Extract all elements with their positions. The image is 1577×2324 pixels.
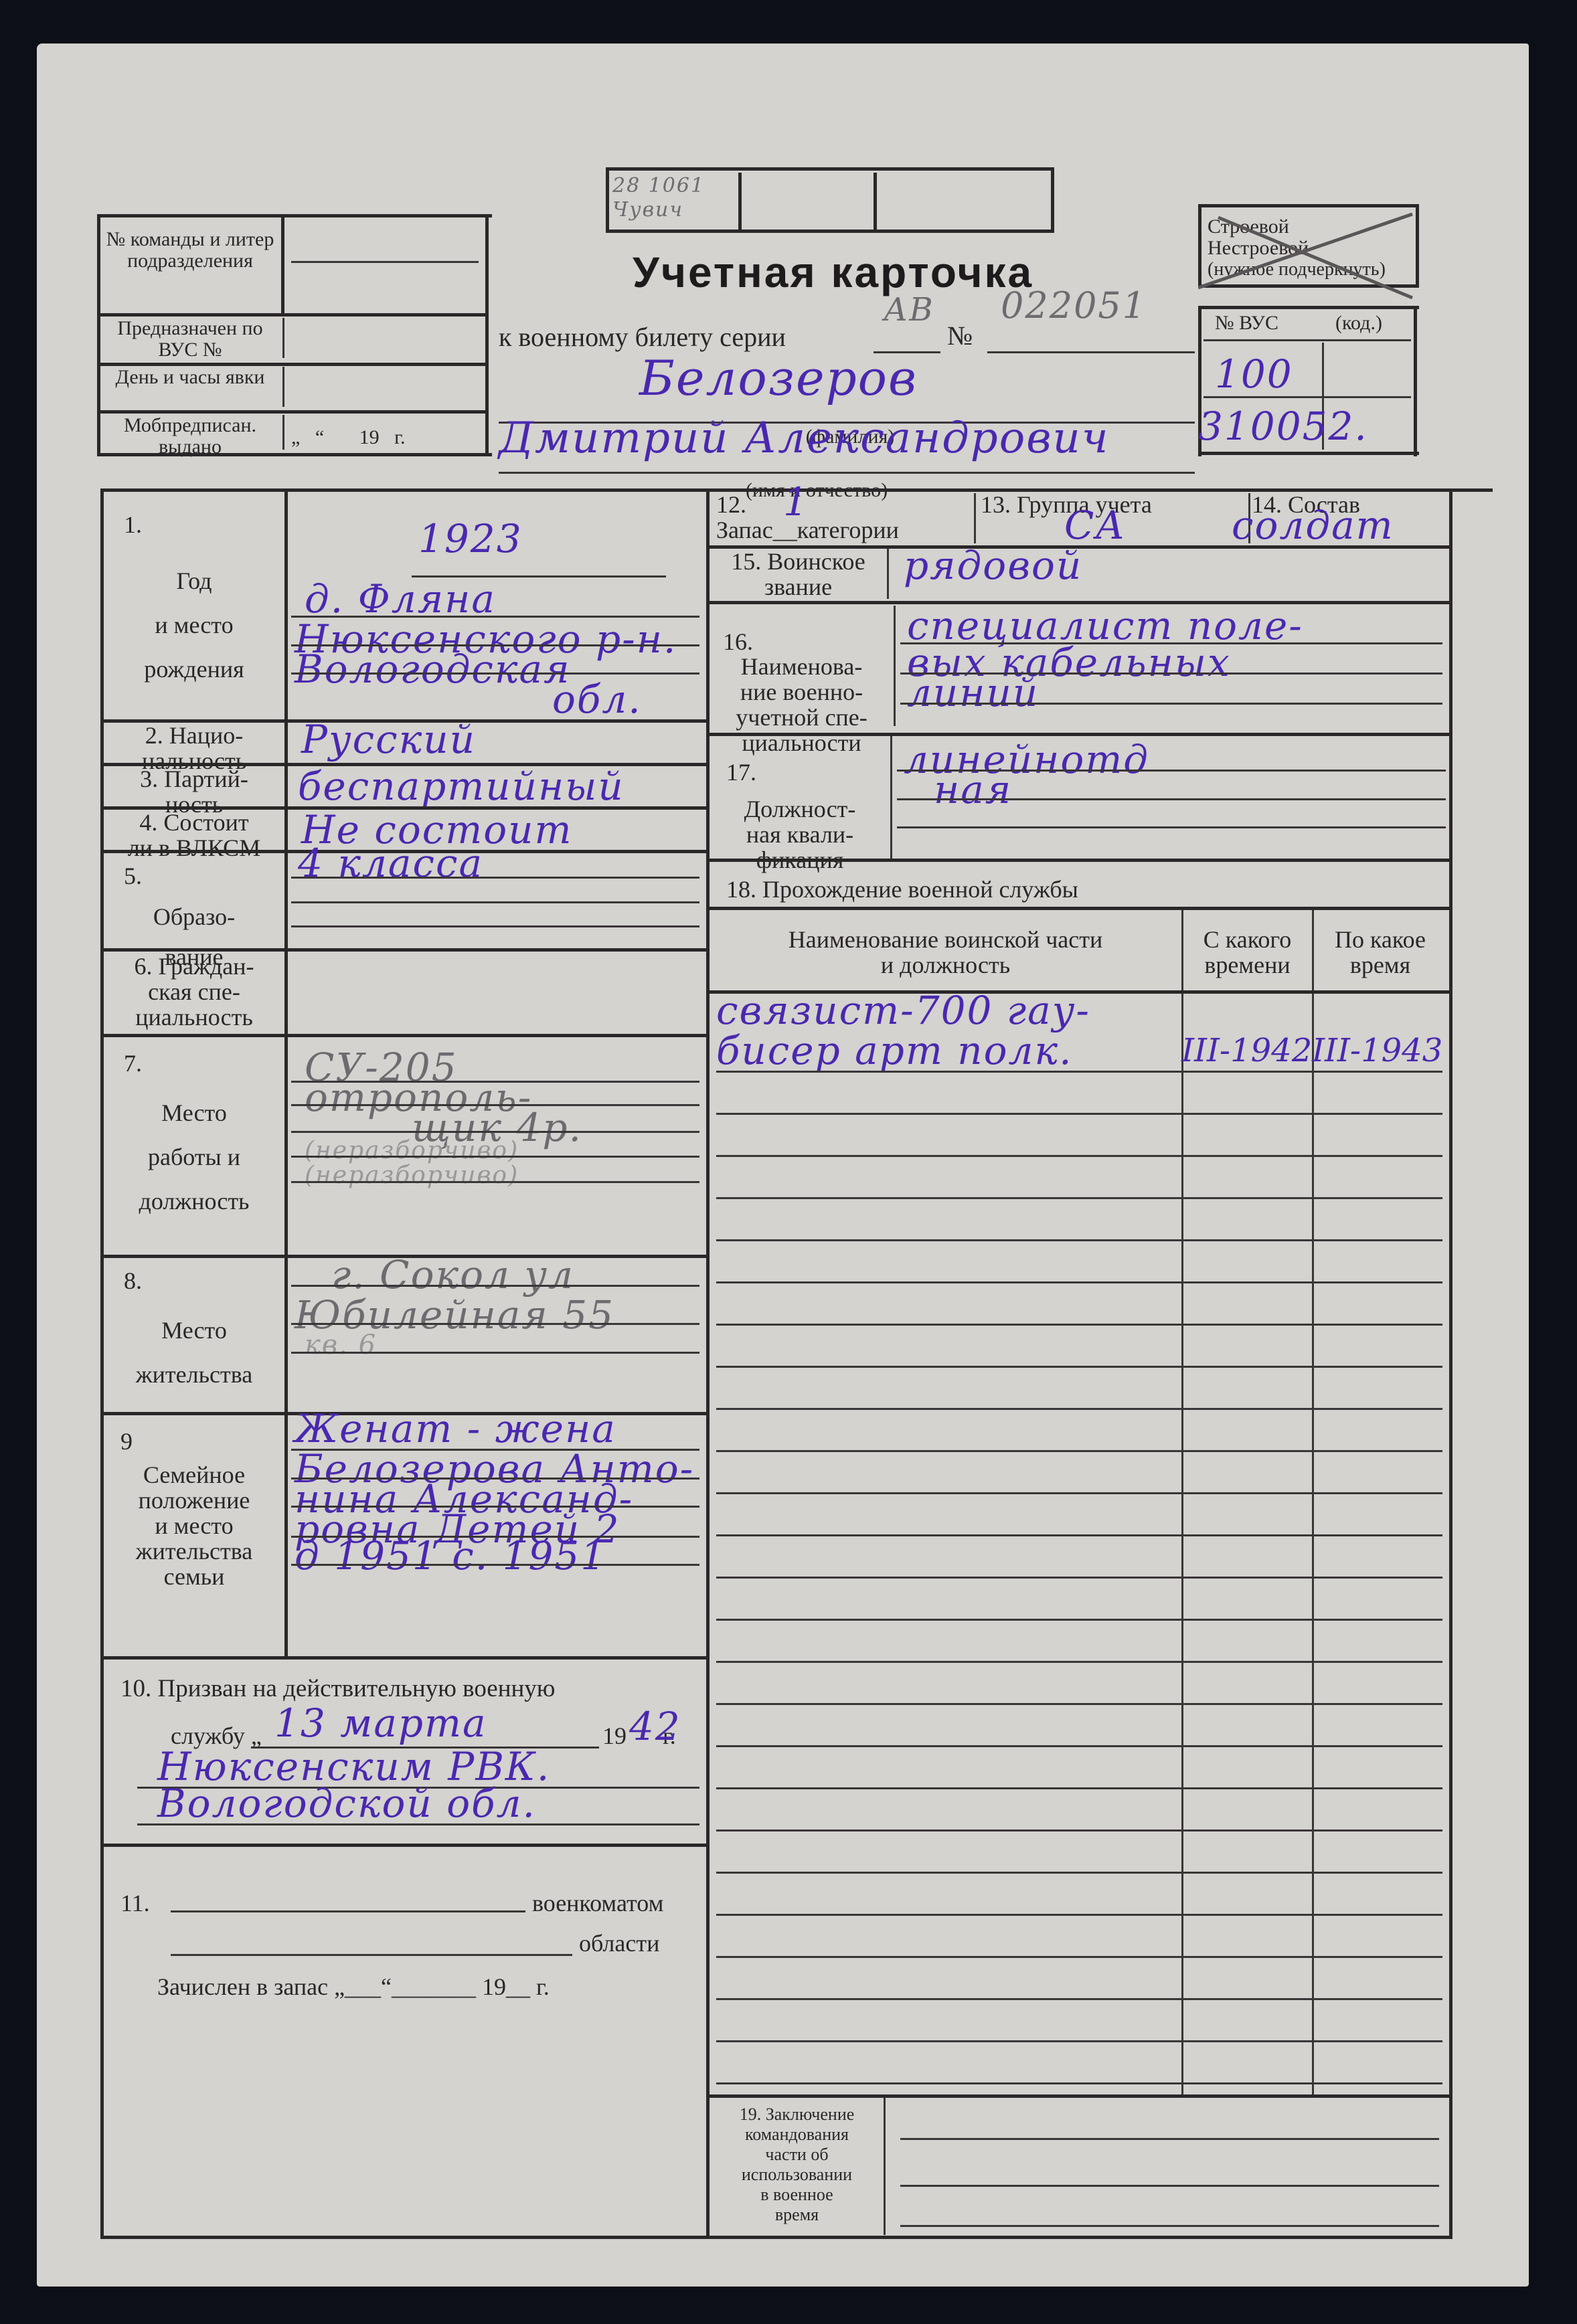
number-sign: № [947,323,973,349]
voenkomat-label: военкоматом [532,1890,663,1916]
birth-region-value: Вологодская [295,649,570,689]
strike-cross-icon [1198,204,1419,301]
name-value: Дмитрий Александрович [499,418,1110,458]
vus-value: 100 [1215,354,1293,394]
top-left-box: № команды и литер подразделения Предназн… [97,214,492,456]
command-number-label: № команды и литер подразделения [102,229,278,272]
ticket-series-label: к военному билету серии [499,325,786,350]
mob-order-label: Мобпредписан. выдано [102,415,278,458]
field-7-number: 7. [124,1051,142,1076]
series-value: АВ [884,290,934,330]
birth-oblast-value: обл. [552,679,642,719]
field-10-year-prefix: 19 [602,1723,627,1749]
service-col-unit-header: Наименование воинской части и должность [710,927,1181,978]
field-7-label: Место работы и должность [104,1091,284,1223]
residence-value-3: кв. 6 [305,1325,377,1365]
code-label: (код.) [1335,312,1382,334]
birth-year-value: 1923 [418,519,523,559]
reserve-enlisted-label: Зачислен в запас „___“_______ 19__ г. [157,1974,550,1999]
service-table-lines [716,1031,1442,2094]
service-col-to-header: По какое время [1313,927,1447,978]
field-16-number: 16. [723,629,753,654]
field-1-number: 1. [124,512,142,537]
page-title: Учетная карточка [633,248,1033,297]
ticket-number-value: 022051 [1001,286,1147,326]
stamp-mark: 28 1061 Чувич [612,174,733,222]
code-value: 310052. [1198,406,1368,446]
vus-label: № ВУС [1215,312,1278,334]
service-unit-value-1: связист-700 гау- [716,990,1090,1031]
field-11-number: 11. [120,1890,150,1916]
service-col-from-header: С какого времени [1183,927,1312,978]
field-5-number: 5. [124,863,142,889]
field-8-label: Место жительства [104,1308,284,1397]
conscription-date-value: 13 марта [274,1703,487,1743]
stamp-box: 28 1061 Чувич [606,167,1054,234]
service-heading: 18. Прохождение военной службы [726,877,1078,902]
work-value-5: (неразборчиво) [305,1156,519,1196]
field-6-label: 6. Граждан- ская спе- циальность [104,954,284,1030]
field-15-label: 15. Воинское звание [710,549,887,600]
conscription-year-value: 42 [629,1706,681,1747]
surname-value: Белозеров [639,358,918,398]
field-10-label: 10. Призван на действительную военную [120,1676,555,1702]
field-19-label: 19. Заключение командования части об исп… [712,2105,882,2225]
mob-order-date: „ “ 19 г. [291,427,485,448]
vus-box: № ВУС (код.) 100 310052. [1198,306,1419,456]
rank-value: рядовой [904,545,1082,586]
field-12-number: 12. [716,492,746,517]
field-9-number: 9 [120,1429,133,1454]
field-17-number: 17. [726,759,756,785]
line-type-box: Строевой Нестроевой (нужное подчеркнуть) [1198,204,1419,290]
specialty-value-3: линий [907,673,1039,713]
composition-value: солдат [1232,505,1394,545]
appearance-time-label: День и часы явки [102,367,278,388]
field-1-label: Год и место рождения [104,559,284,691]
account-group-value: СА [1064,505,1126,545]
field-8-number: 8. [124,1268,142,1293]
intended-vus-label: Предназначен по ВУС № [102,318,278,361]
reserve-category-value: 1 [783,482,809,522]
family-value-1: Женат - жена [295,1409,616,1449]
birth-village-value: д. Фляна [305,579,496,619]
qualification-value-2: ная [934,770,1012,810]
family-value-5: д 1951 с. 1951 [295,1536,606,1576]
nationality-value: Русский [301,719,476,759]
residence-value-1: г. Сокол ул [331,1255,574,1295]
conscription-region-value: Вологодской обл. [157,1783,536,1823]
oblast-label: области [579,1931,659,1956]
registration-card: 28 1061 Чувич № команды и литер подразде… [37,43,1529,2287]
field-16-label: Наименова- ние военно- учетной спе- циал… [710,654,894,755]
party-value: беспартийный [298,766,625,806]
field-9-label: Семейное положение и место жительства се… [104,1462,284,1589]
